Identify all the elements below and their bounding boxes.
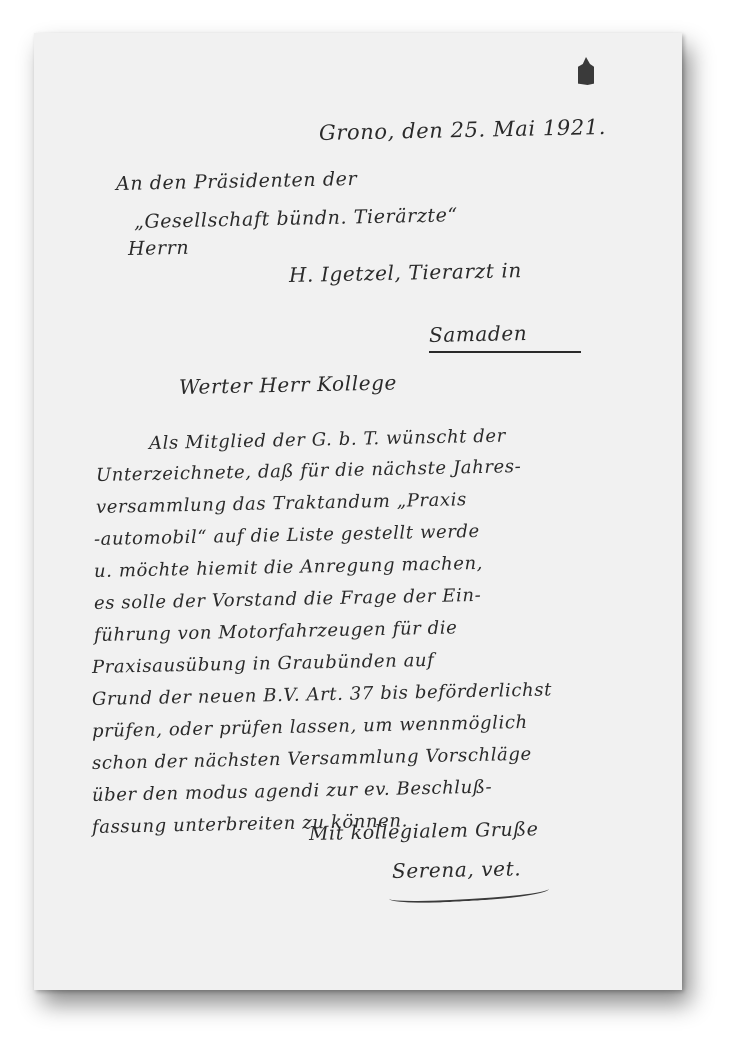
signature: Serena, vet.	[392, 856, 522, 883]
body-line: über den modus agendi zur ev. Beschluß-	[92, 777, 493, 806]
recipient-line-3: Herrn	[128, 237, 190, 260]
body-line: Unterzeichnete, daß für die nächste Jahr…	[96, 456, 522, 486]
recipient-line-4: H. Igetzel, Tierarzt in	[289, 258, 522, 287]
recipient-line-1: An den Präsidenten der	[116, 168, 358, 195]
salutation: Werter Herr Kollege	[179, 370, 397, 399]
body-line: schon der nächsten Versammlung Vorschläg…	[92, 744, 532, 774]
body-line: es solle der Vorstand die Frage der Ein-	[94, 585, 482, 614]
letter-page: Grono, den 25. Mai 1921. An den Präsiden…	[34, 33, 682, 990]
body-line: Praxisausübung in Graubünden auf	[92, 650, 435, 678]
date-line: Grono, den 25. Mai 1921.	[319, 115, 607, 145]
city-underline	[429, 351, 581, 353]
body-line: führung von Motorfahrzeugen für die	[94, 617, 458, 646]
body-line: Grund der neuen B.V. Art. 37 bis beförde…	[92, 679, 552, 710]
ink-blot-mark	[578, 57, 594, 85]
closing: Mit kollegialem Gruße	[309, 818, 539, 845]
body-line: versammlung das Traktandum „Praxis	[96, 489, 467, 518]
recipient-line-2: „Gesellschaft bündn. Tierärzte“	[134, 204, 458, 233]
body-line: -automobil“ auf die Liste gestellt werde	[94, 521, 480, 550]
body-line: Als Mitglied der G. b. T. wünscht der	[149, 426, 506, 454]
signature-flourish	[389, 881, 550, 905]
body-line: prüfen, oder prüfen lassen, um wennmögli…	[92, 712, 528, 742]
body-line: u. möchte hiemit die Anregung machen,	[94, 553, 483, 582]
recipient-city: Samaden	[429, 321, 528, 347]
